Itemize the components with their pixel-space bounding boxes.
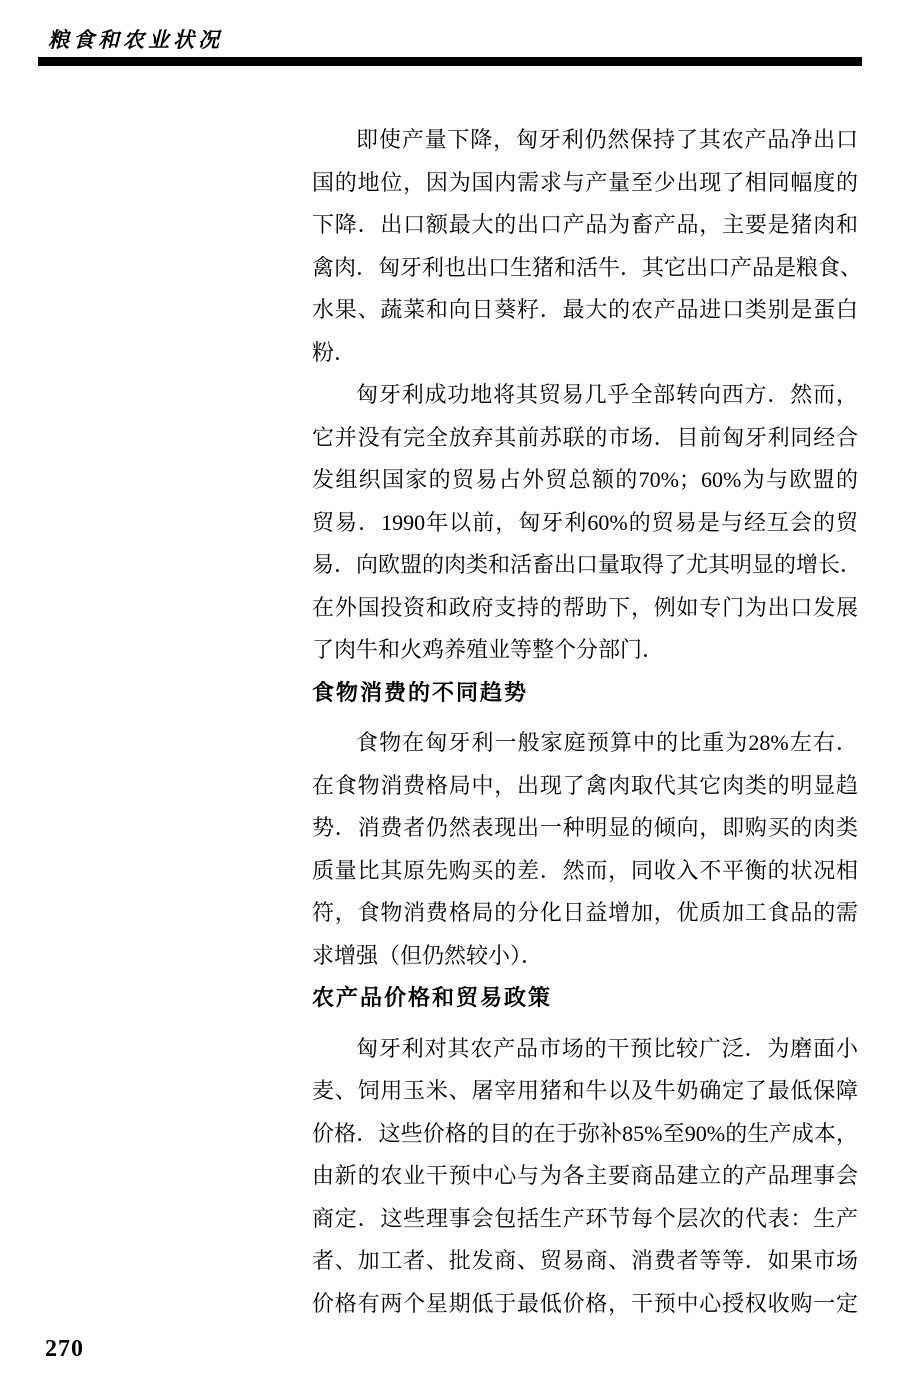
- text-line: 价格．这些价格的目的在于弥补85%至90%的生产成本，: [312, 1113, 858, 1156]
- paragraph-trade-shift: 匈牙利成功地将其贸易几乎全部转向西方．然而， 它并没有完全放弃其前苏联的市场．目…: [312, 374, 858, 672]
- text-line: 符，食物消费格局的分化日益增加，优质加工食品的需: [312, 892, 858, 935]
- text-line: 水果、蔬菜和向日葵籽．最大的农产品进口类别是蛋白: [312, 289, 858, 332]
- text-line: 粉．: [312, 332, 858, 375]
- text-line: 贸易．1990年以前，匈牙利60%的贸易是与经互会的贸: [312, 502, 858, 545]
- header-rule-divider: [38, 57, 862, 66]
- text-line: 匈牙利对其农产品市场的干预比较广泛．为磨面小: [312, 1028, 858, 1071]
- paragraph-exports: 即使产量下降，匈牙利仍然保持了其农产品净出口 国的地位，因为国内需求与产量至少出…: [312, 119, 858, 374]
- running-head: 粮食和农业状况: [48, 24, 223, 54]
- text-line: 了肉牛和火鸡养殖业等整个分部门．: [312, 629, 858, 672]
- text-line: 易．向欧盟的肉类和活畜出口量取得了尤其明显的增长．: [312, 544, 858, 587]
- paragraph-food-consumption: 食物在匈牙利一般家庭预算中的比重为28%左右． 在食物消费格局中，出现了禽肉取代…: [312, 722, 858, 977]
- page-number: 270: [45, 1336, 84, 1363]
- document-page: 粮食和农业状况 即使产量下降，匈牙利仍然保持了其农产品净出口 国的地位，因为国内…: [0, 0, 900, 1400]
- text-line: 发组织国家的贸易占外贸总额的70%；60%为与欧盟的: [312, 459, 858, 502]
- text-line: 麦、饲用玉米、屠宰用猪和牛以及牛奶确定了最低保障: [312, 1070, 858, 1113]
- text-line: 者、加工者、批发商、贸易商、消费者等等．如果市场: [312, 1240, 858, 1283]
- text-column: 即使产量下降，匈牙利仍然保持了其农产品净出口 国的地位，因为国内需求与产量至少出…: [312, 119, 858, 1325]
- text-line: 势．消费者仍然表现出一种明显的倾向，即购买的肉类: [312, 807, 858, 850]
- text-line: 价格有两个星期低于最低价格，干预中心授权收购一定: [312, 1283, 858, 1326]
- text-line: 食物在匈牙利一般家庭预算中的比重为28%左右．: [312, 722, 858, 765]
- text-line: 由新的农业干预中心与为各主要商品建立的产品理事会: [312, 1155, 858, 1198]
- text-line: 在食物消费格局中，出现了禽肉取代其它肉类的明显趋: [312, 765, 858, 808]
- text-line: 国的地位，因为国内需求与产量至少出现了相同幅度的: [312, 162, 858, 205]
- text-line: 下降．出口额最大的出口产品为畜产品，主要是猪肉和: [312, 204, 858, 247]
- text-line: 禽肉．匈牙利也出口生猪和活牛．其它出口产品是粮食、: [312, 247, 858, 290]
- text-line: 质量比其原先购买的差．然而，同收入不平衡的状况相: [312, 850, 858, 893]
- paragraph-price-policy: 匈牙利对其农产品市场的干预比较广泛．为磨面小 麦、饲用玉米、屠宰用猪和牛以及牛奶…: [312, 1028, 858, 1326]
- section-heading-food-consumption: 食物消费的不同趋势: [312, 672, 858, 715]
- section-heading-price-trade-policy: 农产品价格和贸易政策: [312, 977, 858, 1020]
- text-line: 在外国投资和政府支持的帮助下，例如专门为出口发展: [312, 587, 858, 630]
- text-line: 求增强（但仍然较小）．: [312, 935, 858, 978]
- text-line: 商定．这些理事会包括生产环节每个层次的代表：生产: [312, 1198, 858, 1241]
- text-line: 它并没有完全放弃其前苏联的市场．目前匈牙利同经合: [312, 417, 858, 460]
- text-line: 即使产量下降，匈牙利仍然保持了其农产品净出口: [312, 119, 858, 162]
- text-line: 匈牙利成功地将其贸易几乎全部转向西方．然而，: [312, 374, 858, 417]
